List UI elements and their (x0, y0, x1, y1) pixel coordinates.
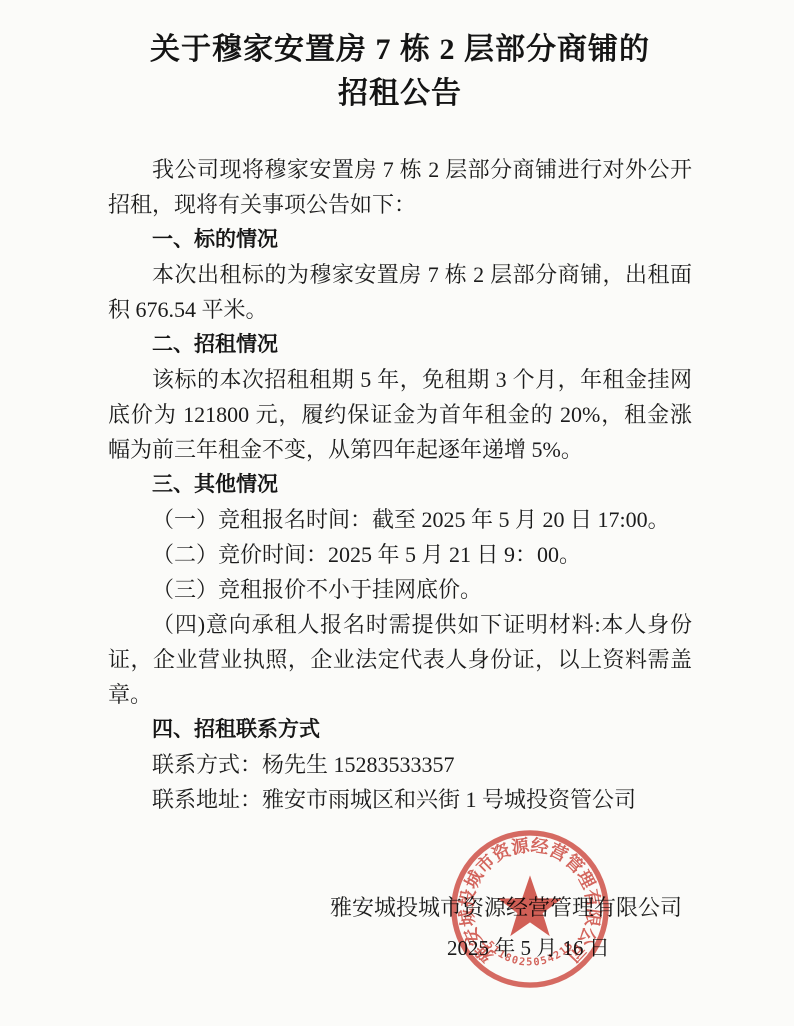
section4-heading: 四、招租联系方式 (108, 712, 692, 747)
section1-heading: 一、标的情况 (108, 222, 692, 257)
section2-paragraph: 该标的本次招租租期 5 年，免租期 3 个月，年租金挂网底价为 121800 元… (108, 362, 692, 467)
section3-item-2: （二）竞价时间：2025 年 5 月 21 日 9：00。 (108, 537, 692, 572)
document-title: 关于穆家安置房 7 栋 2 层部分商铺的 招租公告 (108, 28, 692, 116)
section3-item-4: （四)意向承租人报名时需提供如下证明材料:本人身份证，企业营业执照，企业法定代表… (108, 607, 692, 712)
title-line-1: 关于穆家安置房 7 栋 2 层部分商铺的 (108, 28, 692, 72)
star-icon (498, 875, 562, 936)
section3-item-1: （一）竞租报名时间：截至 2025 年 5 月 20 日 17:00。 (108, 502, 692, 537)
section3-item-3: （三）竞租报价不小于挂网底价。 (108, 572, 692, 607)
company-seal-stamp: 雅安城投城市资源经营管理有限公司 5118025054215 (446, 825, 614, 993)
contact-phone-line: 联系方式：杨先生 15283533357 (108, 747, 692, 782)
document-body: 我公司现将穆家安置房 7 栋 2 层部分商铺进行对外公开招租，现将有关事项公告如… (108, 152, 692, 817)
seal-number-textpath: 5118025054215 (484, 939, 577, 969)
section3-heading: 三、其他情况 (108, 467, 692, 502)
intro-paragraph: 我公司现将穆家安置房 7 栋 2 层部分商铺进行对外公开招租，现将有关事项公告如… (108, 152, 692, 222)
seal-number: 5118025054215 (484, 939, 577, 969)
section1-paragraph: 本次出租标的为穆家安置房 7 栋 2 层部分商铺，出租面积 676.54 平米。 (108, 257, 692, 327)
contact-address-line: 联系地址：雅安市雨城区和兴街 1 号城投资管公司 (108, 782, 692, 817)
announcement-document: 关于穆家安置房 7 栋 2 层部分商铺的 招租公告 我公司现将穆家安置房 7 栋… (0, 0, 794, 1026)
seal-graphic: 雅安城投城市资源经营管理有限公司 5118025054215 (446, 825, 614, 993)
title-line-2: 招租公告 (108, 72, 692, 116)
document-content: 关于穆家安置房 7 栋 2 层部分商铺的 招租公告 我公司现将穆家安置房 7 栋… (108, 28, 692, 817)
section2-heading: 二、招租情况 (108, 327, 692, 362)
